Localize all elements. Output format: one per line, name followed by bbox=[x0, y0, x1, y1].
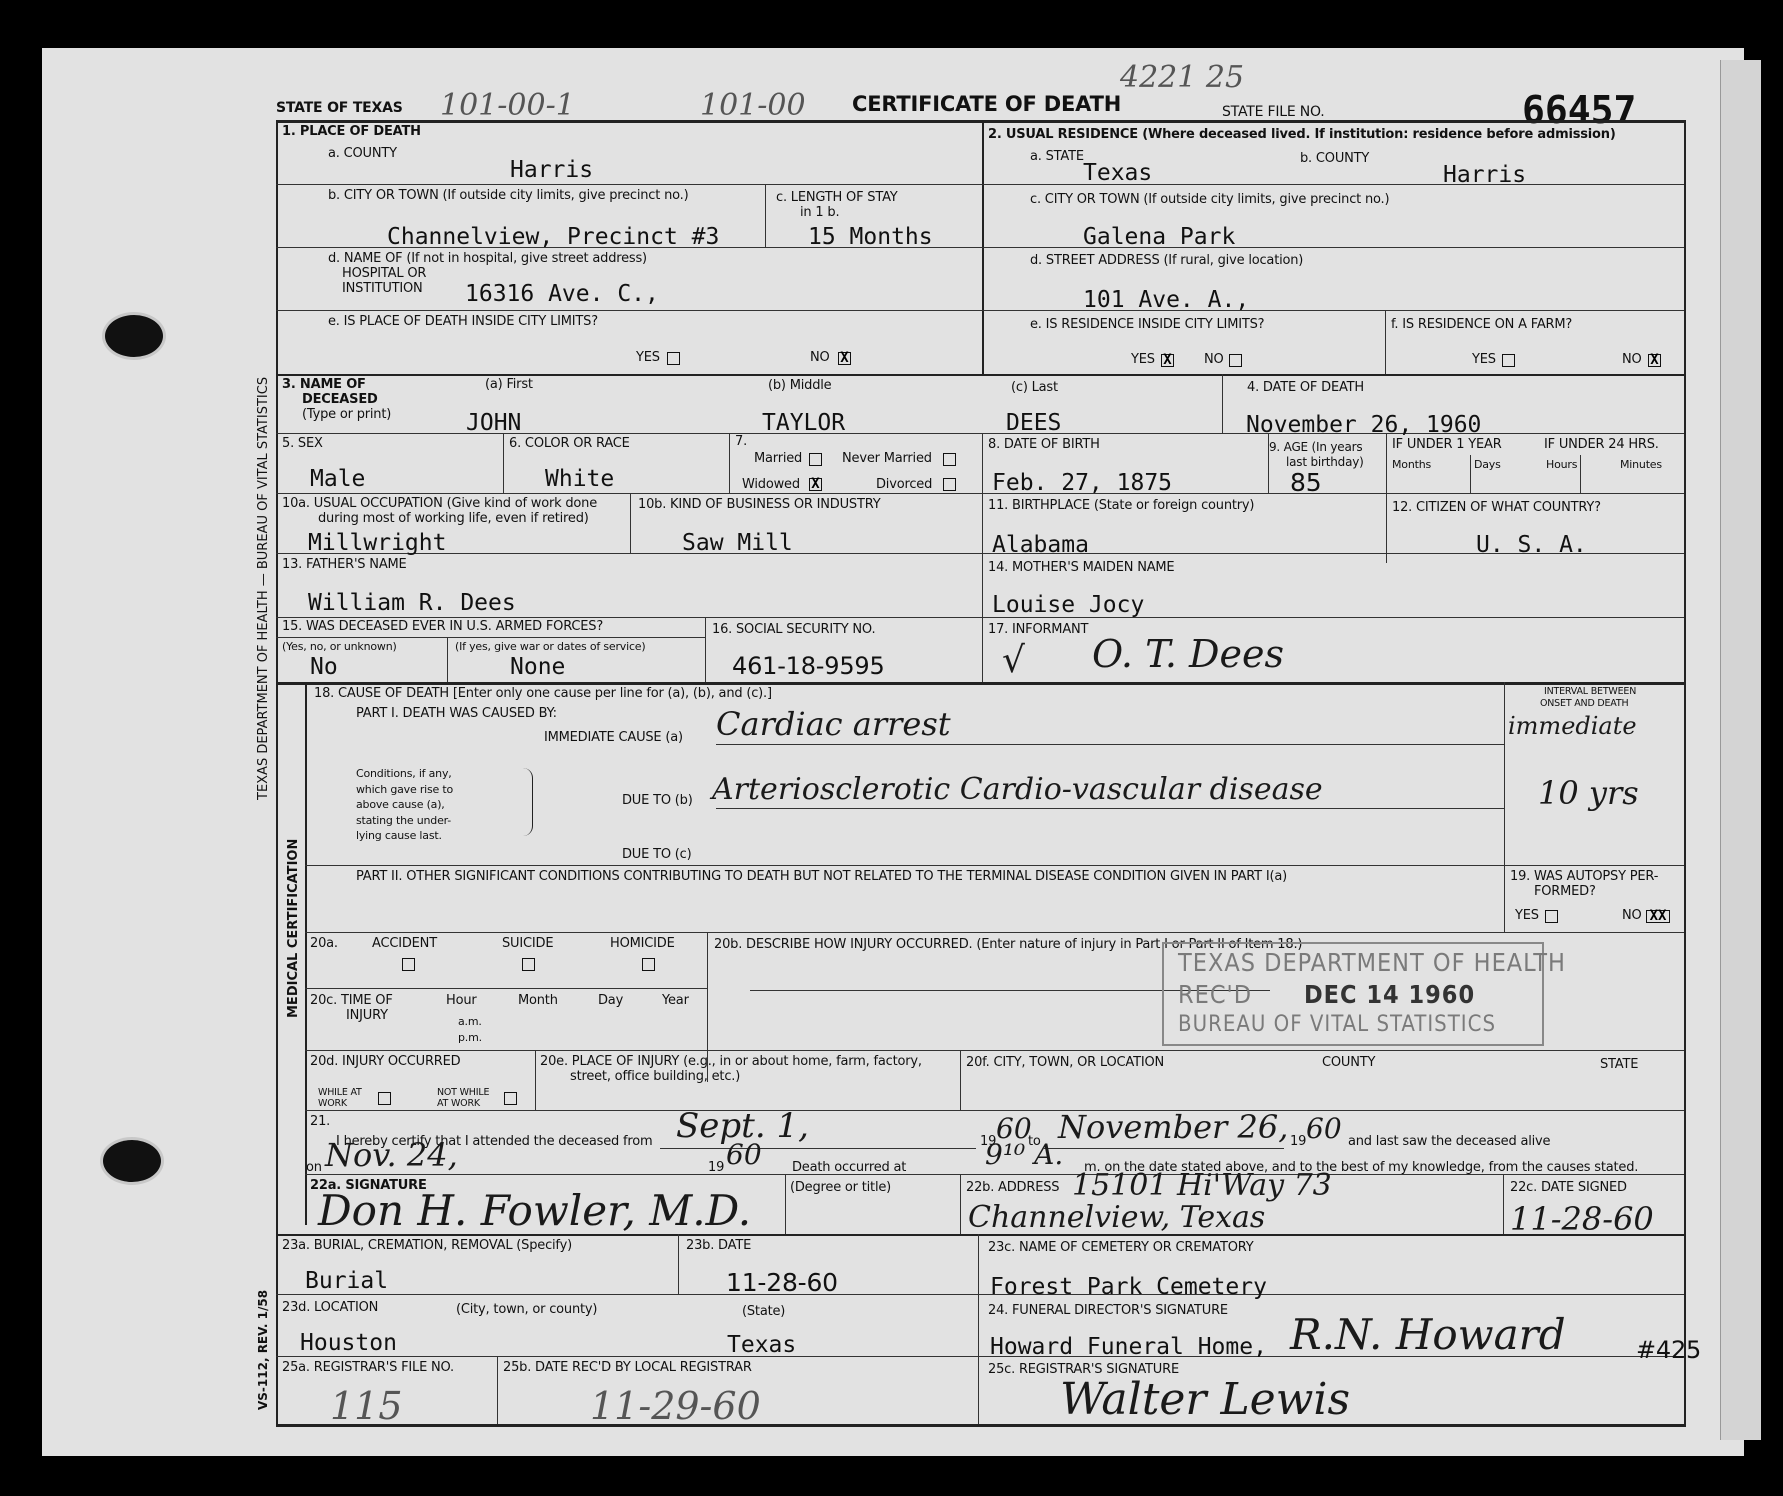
divider bbox=[305, 682, 307, 1225]
date-of-death-value: November 26, 1960 bbox=[1246, 412, 1481, 438]
divider bbox=[678, 1234, 679, 1294]
year-prefix: 19 bbox=[708, 1160, 724, 1175]
yes-label: YES bbox=[1515, 908, 1539, 923]
injury-city-label: 20f. CITY, TOWN, OR LOCATION bbox=[966, 1055, 1164, 1070]
on-label: on bbox=[306, 1160, 322, 1175]
last-name-label: (c) Last bbox=[1011, 380, 1058, 395]
farm-no-checkbox[interactable]: X bbox=[1648, 354, 1661, 367]
divider bbox=[705, 617, 706, 683]
no-label: NO bbox=[1622, 352, 1642, 367]
burial-date-label: 23b. DATE bbox=[686, 1238, 751, 1253]
no-label: NO bbox=[1622, 908, 1642, 923]
underline bbox=[1044, 1148, 1284, 1149]
armed-forces-label: 15. WAS DECEASED EVER IN U.S. ARMED FORC… bbox=[282, 619, 603, 634]
divider bbox=[716, 744, 1504, 745]
divider bbox=[982, 433, 983, 683]
immediate-cause-value: Cardiac arrest bbox=[716, 705, 951, 743]
registrar-signature: Walter Lewis bbox=[1060, 1374, 1350, 1425]
divider bbox=[765, 184, 766, 247]
interval-b-value: 10 yrs bbox=[1538, 774, 1639, 812]
age-label: 9. AGE (In years bbox=[1269, 440, 1362, 454]
divider bbox=[276, 374, 1684, 376]
divider bbox=[1504, 682, 1505, 932]
under-1-year-label: IF UNDER 1 YEAR bbox=[1392, 437, 1502, 452]
funeral-director-signature: R.N. Howard bbox=[1290, 1310, 1566, 1359]
ssn-value: 461-18-9595 bbox=[732, 652, 885, 680]
no-label: NO bbox=[1204, 352, 1224, 367]
physician-address-line-1: 15101 Hi'Way 73 bbox=[1072, 1168, 1332, 1203]
divider bbox=[630, 493, 631, 553]
name-label-2: DECEASED bbox=[302, 392, 378, 407]
residence-inside-limits-label: e. IS RESIDENCE INSIDE CITY LIMITS? bbox=[1030, 317, 1264, 332]
autopsy-label: 19. WAS AUTOPSY PER- bbox=[1510, 869, 1658, 884]
attended-to-year: 60 bbox=[1306, 1112, 1342, 1145]
hospital-label: d. NAME OF (If not in hospital, give str… bbox=[328, 251, 647, 266]
residence-city-label: c. CITY OR TOWN (If outside city limits,… bbox=[1030, 192, 1389, 207]
divider bbox=[305, 988, 707, 989]
farm-label: f. IS RESIDENCE ON A FARM? bbox=[1391, 317, 1572, 332]
state-file-label: STATE FILE NO. bbox=[1222, 104, 1325, 120]
date-signed-label: 22c. DATE SIGNED bbox=[1510, 1180, 1627, 1195]
am-label: a.m. bbox=[458, 1015, 482, 1028]
divider bbox=[276, 1294, 1684, 1295]
dob-value: Feb. 27, 1875 bbox=[992, 470, 1172, 496]
divorced-label: Divorced bbox=[876, 477, 932, 492]
residence-state-value: Texas bbox=[1083, 160, 1152, 186]
residence-street-value: 101 Ave. A., bbox=[1083, 287, 1249, 313]
conditions-note: Conditions, if any, which gave rise to a… bbox=[356, 766, 453, 844]
divider bbox=[1504, 865, 1684, 866]
frame-right bbox=[1684, 120, 1686, 1425]
stacked-page-edge bbox=[1720, 60, 1761, 1440]
stamp-received-date: DEC 14 1960 bbox=[1304, 980, 1475, 1009]
last-seen-date: Nov. 24, bbox=[325, 1136, 458, 1174]
divider bbox=[1503, 1174, 1504, 1234]
residence-inside-limits-no-checkbox[interactable] bbox=[1229, 354, 1242, 367]
stay-value: 15 Months bbox=[808, 224, 933, 250]
under-24-hours-label: IF UNDER 24 HRS. bbox=[1544, 437, 1659, 452]
divider bbox=[978, 1234, 979, 1424]
accident-label: ACCIDENT bbox=[372, 936, 437, 951]
sex-value: Male bbox=[310, 466, 365, 492]
pencil-code-left: 101-00-1 bbox=[440, 88, 575, 123]
autopsy-no-checkbox[interactable]: XX bbox=[1646, 910, 1670, 923]
death-time-value: 9¹⁰ A. bbox=[985, 1138, 1063, 1171]
while-at-work-label: WHILE AT bbox=[318, 1087, 362, 1098]
location-state-value: Texas bbox=[727, 1332, 796, 1358]
state-of-texas-label: STATE OF TEXAS bbox=[276, 100, 403, 116]
mother-name-value: Louise Jocy bbox=[992, 592, 1144, 618]
injury-occurred-label: 20d. INJURY OCCURRED bbox=[310, 1054, 460, 1069]
business-label: 10b. KIND OF BUSINESS OR INDUSTRY bbox=[638, 497, 880, 512]
inside-limits-no-checkbox[interactable]: X bbox=[838, 352, 851, 365]
hospital-label-3: INSTITUTION bbox=[342, 281, 423, 296]
frame-bottom bbox=[276, 1424, 1686, 1427]
name-label-3: (Type or print) bbox=[302, 407, 391, 422]
stay-label-2: in 1 b. bbox=[800, 205, 839, 220]
underline bbox=[322, 1174, 702, 1175]
inside-limits-label: e. IS PLACE OF DEATH INSIDE CITY LIMITS? bbox=[328, 314, 598, 329]
divider bbox=[503, 433, 504, 493]
homicide-checkbox[interactable] bbox=[642, 958, 655, 971]
date-of-death-label: 4. DATE OF DEATH bbox=[1247, 380, 1364, 395]
underline bbox=[660, 1148, 976, 1149]
yes-label: YES bbox=[1131, 352, 1155, 367]
residence-county-value: Harris bbox=[1443, 162, 1526, 188]
address-label: 22b. ADDRESS bbox=[966, 1180, 1059, 1195]
divider bbox=[305, 865, 1684, 866]
divider bbox=[1385, 310, 1386, 375]
birthplace-label: 11. BIRTHPLACE (State or foreign country… bbox=[988, 498, 1254, 513]
funeral-home-value: Howard Funeral Home, bbox=[990, 1334, 1267, 1360]
business-value: Saw Mill bbox=[682, 530, 793, 556]
last-name-value: DEES bbox=[1006, 410, 1061, 436]
yes-label: YES bbox=[636, 350, 660, 365]
divider bbox=[305, 1050, 1684, 1051]
married-checkbox[interactable] bbox=[809, 453, 822, 466]
days-label: Days bbox=[1474, 458, 1501, 471]
residence-county-label: b. COUNTY bbox=[1300, 151, 1369, 166]
place-county-value: Harris bbox=[510, 157, 593, 183]
months-label: Months bbox=[1392, 458, 1431, 471]
due-to-c-label: DUE TO (c) bbox=[622, 847, 691, 862]
attended-to-date: November 26, bbox=[1058, 1108, 1288, 1146]
armed-yn-value: No bbox=[310, 654, 338, 680]
burial-date-value: 11-28-60 bbox=[726, 1268, 838, 1297]
not-while-at-work-label-2: AT WORK bbox=[437, 1098, 480, 1109]
day-label: Day bbox=[598, 993, 623, 1008]
part-2-label: PART II. OTHER SIGNIFICANT CONDITIONS CO… bbox=[356, 869, 1287, 884]
age-label-2: last birthday) bbox=[1286, 455, 1364, 469]
place-of-injury-label-2: street, office building, etc.) bbox=[570, 1069, 740, 1084]
conditions-brace bbox=[522, 768, 533, 836]
first-name-value: JOHN bbox=[466, 410, 521, 436]
death-occurred-at-label: Death occurred at bbox=[792, 1160, 906, 1175]
divorced-checkbox[interactable] bbox=[943, 478, 956, 491]
injury-county-label: COUNTY bbox=[1322, 1055, 1375, 1070]
citizen-label: 12. CITIZEN OF WHAT COUNTRY? bbox=[1392, 500, 1601, 515]
name-label: 3. NAME OF bbox=[282, 377, 366, 392]
divider bbox=[1470, 455, 1471, 493]
armed-war-label: (If yes, give war or dates of service) bbox=[455, 640, 645, 653]
time-of-injury-label-2: INJURY bbox=[346, 1008, 388, 1023]
mother-name-label: 14. MOTHER'S MAIDEN NAME bbox=[988, 560, 1174, 575]
hours-label: Hours bbox=[1546, 458, 1577, 471]
registrar-file-label: 25a. REGISTRAR'S FILE NO. bbox=[282, 1360, 454, 1375]
hospital-label-2: HOSPITAL OR bbox=[342, 266, 426, 281]
autopsy-label-2: FORMED? bbox=[1534, 884, 1596, 899]
funeral-director-label: 24. FUNERAL DIRECTOR'S SIGNATURE bbox=[988, 1303, 1228, 1318]
accident-checkbox[interactable] bbox=[402, 958, 415, 971]
informant-label: 17. INFORMANT bbox=[988, 622, 1088, 637]
birthplace-value: Alabama bbox=[992, 532, 1089, 558]
interval-label-2: ONSET AND DEATH bbox=[1540, 698, 1628, 709]
injury-20a-label: 20a. bbox=[310, 936, 338, 951]
while-at-work-checkbox[interactable] bbox=[378, 1092, 391, 1105]
ssn-label: 16. SOCIAL SECURITY NO. bbox=[712, 622, 875, 637]
sex-label: 5. SEX bbox=[282, 436, 323, 451]
frame-top bbox=[276, 120, 1684, 123]
cemetery-label: 23c. NAME OF CEMETERY OR CREMATORY bbox=[988, 1240, 1253, 1255]
autopsy-yes-checkbox[interactable] bbox=[1545, 910, 1558, 923]
cause-of-death-label: 18. CAUSE OF DEATH [Enter only one cause… bbox=[314, 686, 772, 701]
divider bbox=[305, 932, 1684, 933]
dob-label: 8. DATE OF BIRTH bbox=[988, 437, 1100, 452]
divider bbox=[716, 808, 1504, 809]
year-prefix: 19 bbox=[1290, 1134, 1306, 1149]
date-received-label: 25b. DATE REC'D BY LOCAL REGISTRAR bbox=[503, 1360, 752, 1375]
date-received-value: 11-29-60 bbox=[590, 1384, 761, 1428]
divider bbox=[1222, 374, 1223, 434]
divider bbox=[960, 1050, 961, 1110]
middle-name-label: (b) Middle bbox=[768, 378, 831, 393]
stay-label: c. LENGTH OF STAY bbox=[776, 190, 898, 205]
city-label: b. CITY OR TOWN (If outside city limits,… bbox=[328, 188, 688, 203]
location-city-hint: (City, town, or county) bbox=[456, 1302, 597, 1317]
state-file-number: 66457 bbox=[1522, 88, 1636, 132]
pm-label: p.m. bbox=[458, 1031, 482, 1044]
never-married-label: Never Married bbox=[842, 451, 932, 466]
while-at-work-label-2: WORK bbox=[318, 1098, 347, 1109]
informant-checkmark: √ bbox=[1002, 640, 1025, 681]
residence-city-value: Galena Park bbox=[1083, 224, 1235, 250]
place-of-injury-label: 20e. PLACE OF INJURY (e.g., in or about … bbox=[540, 1054, 922, 1069]
divider bbox=[276, 310, 1684, 311]
due-to-b-value: Arteriosclerotic Cardio-vascular disease bbox=[712, 772, 1323, 807]
punch-hole-top bbox=[105, 315, 163, 357]
medical-certification-side-text: MEDICAL CERTIFICATION bbox=[286, 839, 301, 1018]
not-while-at-work-label: NOT WHILE bbox=[437, 1087, 489, 1098]
divider bbox=[276, 682, 1684, 685]
frame-left bbox=[276, 120, 278, 1425]
inside-limits-yes-checkbox[interactable] bbox=[667, 352, 680, 365]
physician-signature: Don H. Fowler, M.D. bbox=[318, 1186, 751, 1235]
pencil-code-top: 4221 25 bbox=[1120, 60, 1244, 95]
divider bbox=[276, 553, 1684, 554]
burial-value: Burial bbox=[305, 1268, 388, 1294]
date-signed-value: 11-28-60 bbox=[1510, 1200, 1654, 1238]
age-value: 85 bbox=[1290, 468, 1321, 497]
usual-residence-section-label: 2. USUAL RESIDENCE (Where deceased lived… bbox=[988, 127, 1616, 142]
occupation-label-2: during most of working life, even if ret… bbox=[318, 511, 589, 526]
minutes-label: Minutes bbox=[1620, 458, 1662, 471]
time-of-injury-label: 20c. TIME OF bbox=[310, 993, 393, 1008]
due-to-b-label: DUE TO (b) bbox=[622, 793, 693, 808]
yes-label: YES bbox=[1472, 352, 1496, 367]
homicide-label: HOMICIDE bbox=[610, 936, 675, 951]
location-label: 23d. LOCATION bbox=[282, 1300, 378, 1315]
injury-state-label: STATE bbox=[1600, 1057, 1638, 1072]
hospital-value: 16316 Ave. C., bbox=[465, 281, 659, 307]
year-label: Year bbox=[662, 993, 689, 1008]
marital-label: 7. bbox=[735, 434, 747, 449]
suicide-checkbox[interactable] bbox=[522, 958, 535, 971]
funeral-license-number: #425 bbox=[1636, 1336, 1701, 1364]
residence-state-label: a. STATE bbox=[1030, 149, 1084, 164]
registrar-file-value: 115 bbox=[330, 1384, 403, 1428]
location-state-hint: (State) bbox=[742, 1304, 785, 1319]
never-married-checkbox[interactable] bbox=[943, 453, 956, 466]
residence-street-label: d. STREET ADDRESS (If rural, give locati… bbox=[1030, 253, 1303, 268]
armed-yn-label: (Yes, no, or unknown) bbox=[282, 640, 397, 653]
place-city-value: Channelview, Precinct #3 bbox=[387, 224, 719, 250]
not-while-at-work-checkbox[interactable] bbox=[504, 1092, 517, 1105]
father-name-value: William R. Dees bbox=[308, 590, 516, 616]
burial-label: 23a. BURIAL, CREMATION, REMOVAL (Specify… bbox=[282, 1238, 572, 1253]
hour-label: Hour bbox=[446, 993, 477, 1008]
divider bbox=[447, 637, 448, 682]
first-name-label: (a) First bbox=[485, 377, 533, 392]
divider bbox=[960, 1174, 961, 1234]
no-label: NO bbox=[810, 350, 830, 365]
cemetery-value: Forest Park Cemetery bbox=[990, 1274, 1267, 1300]
farm-yes-checkbox[interactable] bbox=[1502, 354, 1515, 367]
divider bbox=[305, 1110, 1684, 1111]
form-id-side-text: VS-112, REV. 1/58 bbox=[256, 1290, 270, 1410]
interval-label: INTERVAL BETWEEN bbox=[1544, 686, 1636, 697]
informant-signature: O. T. Dees bbox=[1092, 632, 1284, 676]
race-value: White bbox=[545, 466, 614, 492]
race-label: 6. COLOR OR RACE bbox=[509, 436, 630, 451]
father-name-label: 13. FATHER'S NAME bbox=[282, 557, 407, 572]
pencil-code-mid: 101-00 bbox=[700, 88, 806, 123]
location-city-value: Houston bbox=[300, 1330, 397, 1356]
page-title: CERTIFICATE OF DEATH bbox=[852, 92, 1121, 116]
stamp-line-2-label: REC'D bbox=[1178, 980, 1252, 1009]
divider bbox=[497, 1356, 498, 1424]
department-side-text: TEXAS DEPARTMENT OF HEALTH — BUREAU OF V… bbox=[256, 377, 271, 800]
widowed-checkbox[interactable]: X bbox=[809, 478, 822, 491]
month-label: Month bbox=[518, 993, 558, 1008]
punch-hole-bottom bbox=[103, 1140, 161, 1182]
received-stamp: TEXAS DEPARTMENT OF HEALTH REC'D DEC 14 … bbox=[1162, 942, 1544, 1046]
middle-name-value: TAYLOR bbox=[762, 410, 845, 436]
divider bbox=[729, 433, 730, 493]
divider bbox=[276, 493, 1684, 494]
county-label: a. COUNTY bbox=[328, 146, 397, 161]
occupation-label: 10a. USUAL OCCUPATION (Give kind of work… bbox=[282, 496, 597, 511]
divider bbox=[1580, 455, 1581, 493]
part-1-label: PART I. DEATH WAS CAUSED BY: bbox=[356, 706, 557, 721]
occupation-value: Millwright bbox=[308, 530, 446, 556]
citizen-value: U. S. A. bbox=[1476, 532, 1587, 558]
divider bbox=[785, 1174, 786, 1234]
divider bbox=[276, 617, 1684, 618]
divider bbox=[535, 1050, 536, 1110]
last-seen-year: 60 bbox=[726, 1138, 762, 1171]
place-of-death-section-label: 1. PLACE OF DEATH bbox=[282, 124, 421, 139]
stamp-line-3: BUREAU OF VITAL STATISTICS bbox=[1178, 1012, 1496, 1037]
degree-label: (Degree or title) bbox=[790, 1180, 891, 1195]
married-label: Married bbox=[754, 451, 802, 466]
certification-text-2: and last saw the deceased alive bbox=[1348, 1134, 1550, 1149]
physician-address-line-2: Channelview, Texas bbox=[968, 1200, 1265, 1235]
armed-war-value: None bbox=[510, 654, 565, 680]
immediate-cause-label: IMMEDIATE CAUSE (a) bbox=[544, 730, 683, 745]
residence-inside-limits-yes-checkbox[interactable]: X bbox=[1161, 354, 1174, 367]
divider bbox=[1386, 433, 1387, 563]
suicide-label: SUICIDE bbox=[502, 936, 553, 951]
widowed-label: Widowed bbox=[742, 477, 800, 492]
certification-21-label: 21. bbox=[310, 1114, 330, 1129]
divider bbox=[276, 637, 706, 638]
interval-a-value: immediate bbox=[1508, 712, 1637, 740]
stamp-line-1: TEXAS DEPARTMENT OF HEALTH bbox=[1178, 948, 1566, 977]
